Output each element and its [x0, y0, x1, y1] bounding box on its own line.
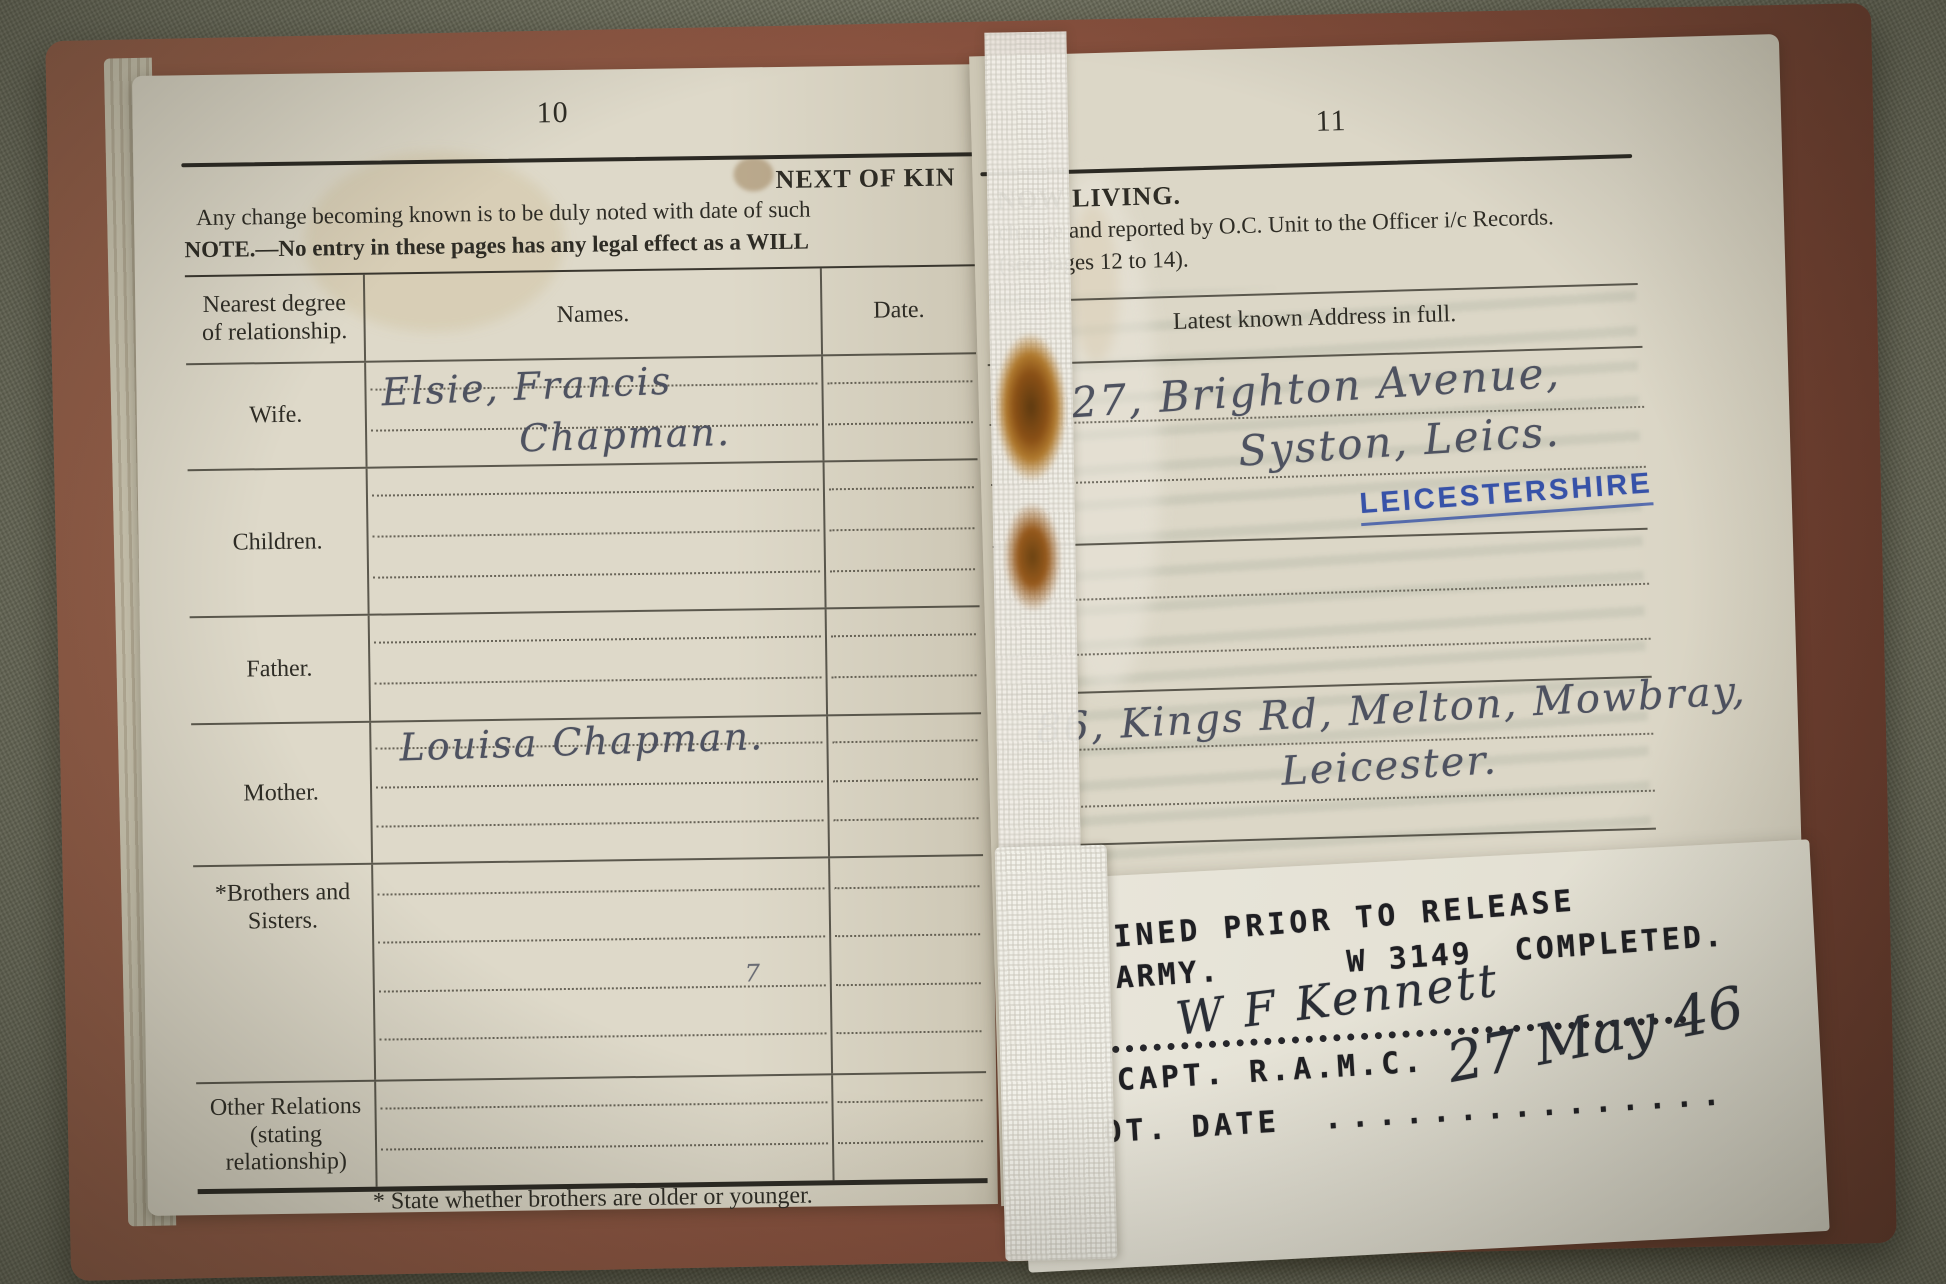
page-number-right: 11 — [1031, 96, 1632, 147]
table-row-brothers-sisters: *Brothers and Sisters. — [193, 856, 986, 1084]
gauze-tape-fold — [995, 845, 1118, 1262]
table-row-children: Children. — [188, 460, 980, 618]
col-header-relationship: Nearest degree of relationship. — [185, 275, 366, 364]
table-header-row: Nearest degree of relationship. Names. D… — [185, 266, 976, 365]
handwritten-wife-name-line2: Chapman. — [519, 410, 732, 461]
stamped-release-slip: INED PRIOR TO RELEASE ARMY. W 3149 COMPL… — [1008, 839, 1829, 1272]
stamp-line-3: CAPT. R.A.M.C. — [1116, 1044, 1426, 1098]
stray-ink-mark: 7 — [744, 959, 762, 987]
page-number-left: 10 — [252, 92, 852, 134]
rule — [980, 154, 1632, 176]
col-header-date: Date. — [822, 266, 976, 354]
col-header-names: Names. — [365, 268, 823, 360]
table-row-other-relations: Other Relations (stating relationship) — [196, 1073, 987, 1189]
rust-stain — [994, 331, 1069, 482]
rust-stain — [1003, 502, 1063, 613]
section-title-left: NEXT OF KIN — [183, 163, 955, 204]
note-line-2: NOTE.—No entry in these pages has any le… — [184, 229, 809, 264]
photo-of-paybook-spread: 10 NEXT OF KIN Any change becoming known… — [0, 0, 1946, 1284]
table-row-father: Father. — [190, 607, 981, 725]
left-page: 10 NEXT OF KIN Any change becoming known… — [132, 64, 998, 1216]
stamp-dot-leaders: ............... — [1323, 1077, 1730, 1137]
